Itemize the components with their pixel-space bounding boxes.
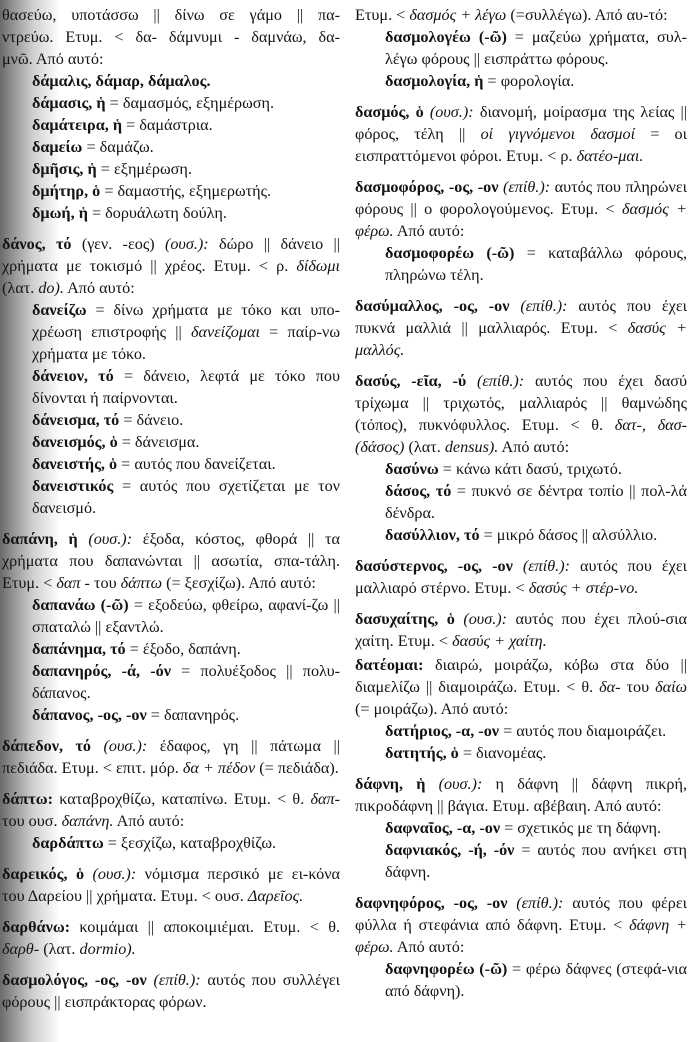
entry-dasysternos: δασύστερνος, -ος, -ον (επίθ.): αυτός που… [355, 555, 687, 599]
headword: δασμοφόρος, -ος, -ον [355, 178, 498, 196]
entry-danos: δάνος, τό (γεν. -εος) (ουσ.): δώρο || δά… [2, 233, 340, 519]
headword: δασυχαίτης, ὁ [355, 610, 455, 628]
subentry: δαφναῖος, -α, -ον = σχετικός με τη δάφνη… [355, 817, 687, 839]
headword: δάπτω: [2, 790, 53, 808]
headword: δασύστερνος, -ος, -ον [355, 557, 513, 575]
subentry: δατητής, ὁ = διανομέας. [355, 742, 687, 764]
subentry: δάσος, τό = πυκνό σε δέντρα τοπίο || πολ… [355, 480, 687, 524]
entry-dasymallos: δασύμαλλος, -ος, -ον (επίθ.): αυτός που … [355, 295, 687, 361]
entry-dapto: δάπτω: καταβροχθίζω, καταπίνω. Ετυμ. < θ… [2, 788, 340, 854]
entry-dasmoforos: δασμοφόρος, -ος, -ον (επίθ.): αυτός που … [355, 176, 687, 286]
headword: δαφνηφόρος, -ος, -ον [355, 894, 507, 912]
subentry: δμωή, ἡ = δορυάλωτη δούλη. [2, 202, 340, 224]
subentry: δανειστικός = αυτός που σχετίζεται με το… [2, 475, 340, 519]
subentry: δατήριος, -α, -ον = αυτός που διαμοιράζε… [355, 720, 687, 742]
subentry: δανειστής, ὁ = αυτός που δανείζεται. [2, 453, 340, 475]
entry-damazo-continuation: θασεύω, υποτάσσω || δίνω σε γάμο || πα- … [2, 4, 340, 224]
headword: δαπάνη, ἡ [2, 530, 78, 548]
subentry: δάπανος, -ος, -ον = δαπανηρός. [2, 704, 340, 726]
subentry: δάνειον, τό = δάνειο, λεφτά με τόκο που … [2, 365, 340, 409]
entry-darthano: δαρθάνω: κοιμάμαι || αποκοιμιέμαι. Ετυμ.… [2, 916, 340, 960]
entry-text: δασύς, -εῖα, -ύ (επίθ.): αυτός που έχει … [355, 370, 687, 458]
entry-text: δάνος, τό (γεν. -εος) (ουσ.): δώρο || δά… [2, 233, 340, 299]
entry-text: δαπάνη, ἡ (ουσ.): έξοδα, κόστος, φθορά |… [2, 528, 340, 594]
subentry: δανεισμός, ὁ = δάνεισμα. [2, 431, 340, 453]
headword: δασύμαλλος, -ος, -ον [355, 297, 510, 315]
entry-dasmos: δασμός, ὁ (ουσ.): διανομή, μοίρασμα της … [355, 101, 687, 167]
subentry: δάμαλις, δάμαρ, δάμαλος. [2, 70, 340, 92]
entry-dasychaitis: δασυχαίτης, ὁ (ουσ.): αυτός που έχει πλο… [355, 608, 687, 652]
subentry: δασμολογέω (-ῶ) = μαζεύω χρήματα, συλ-λέ… [355, 26, 687, 70]
dictionary-page: θασεύω, υποτάσσω || δίνω σε γάμο || πα- … [0, 0, 700, 1042]
entry-dateomai: δατέομαι: διαιρώ, μοιράζω, κόβω στα δύο … [355, 654, 687, 764]
subentry: δάνεισμα, τό = δάνειο. [2, 409, 340, 431]
entry-text: Ετυμ. < δασμός + λέγω (=συλλέγω). Από αυ… [355, 4, 687, 26]
subentry: δαφνιακός, -ή, -όν = αυτός που ανήκει στ… [355, 839, 687, 883]
headword: δάνος, τό [2, 235, 72, 253]
entry-text: δάπτω: καταβροχθίζω, καταπίνω. Ετυμ. < θ… [2, 788, 340, 832]
entry-text: μνῶ. Από αυτό: [2, 48, 340, 70]
entry-text: δαφνηφόρος, -ος, -ον (επίθ.): αυτός που … [355, 892, 687, 958]
subentry: δάμασις, ἡ = δαμασμός, εξημέρωση. [2, 92, 340, 114]
entry-text: δάφνη, ἡ (ουσ.): η δάφνη || δάφνη πικρή,… [355, 773, 687, 817]
subentry: δαπανηρός, -ά, -όν = πολυέξοδος || πολυ-… [2, 660, 340, 704]
headword: δατέομαι: [355, 656, 424, 674]
entry-dapedon: δάπεδον, τό (ουσ.): έδαφος, γη || πάτωμα… [2, 735, 340, 779]
entry-dafni: δάφνη, ἡ (ουσ.): η δάφνη || δάφνη πικρή,… [355, 773, 687, 883]
entry-dasmologos-continuation: Ετυμ. < δασμός + λέγω (=συλλέγω). Από αυ… [355, 4, 687, 92]
headword: δασύς, -εῖα, -ύ [355, 372, 466, 390]
entry-dareikos: δαρεικός, ὁ (ουσ.): νόμισμα περσικό με ε… [2, 863, 340, 907]
subentry: δασμολογία, ἡ = φορολογία. [355, 70, 687, 92]
subentry: δαμείω = δαμάζω. [2, 136, 340, 158]
subentry: δμῆσις, ἡ = εξημέρωση. [2, 158, 340, 180]
entry-dasmologos: δασμολόγος, -ος, -ον (επίθ.): αυτός που … [2, 969, 340, 1013]
entry-dasys: δασύς, -εῖα, -ύ (επίθ.): αυτός που έχει … [355, 370, 687, 546]
entry-text: ντρεύω. Ετυμ. < δα- δάμνυμι - δαμνάω, δα… [2, 26, 340, 48]
subentry: δανείζω = δίνω χρήματα με τόκο και υπο-χ… [2, 299, 340, 365]
headword: δασμολόγος, -ος, -ον [2, 971, 147, 989]
subentry: δασύλλιον, τό = μικρό δάσος || αλσύλλιο. [355, 524, 687, 546]
entry-dafniforos: δαφνηφόρος, -ος, -ον (επίθ.): αυτός που … [355, 892, 687, 1002]
subentry: δαφνηφορέω (-ῶ) = φέρω δάφνες (στεφά-νια… [355, 958, 687, 1002]
entry-text: δατέομαι: διαιρώ, μοιράζω, κόβω στα δύο … [355, 654, 687, 720]
headword: δαρθάνω: [2, 918, 70, 936]
subentry: δμήτηρ, ὁ = δαμαστής, εξημερωτής. [2, 180, 340, 202]
headword: δάφνη, ἡ [355, 775, 425, 793]
subentry: δασύνω = κάνω κάτι δασύ, τριχωτό. [355, 458, 687, 480]
entry-text: δασμοφόρος, -ος, -ον (επίθ.): αυτός που … [355, 176, 687, 242]
entry-dapani: δαπάνη, ἡ (ουσ.): έξοδα, κόστος, φθορά |… [2, 528, 340, 726]
subentry: δαρδάπτω = ξεσχίζω, καταβροχθίζω. [2, 832, 340, 854]
headword: δάπεδον, τό [2, 737, 91, 755]
left-column: θασεύω, υποτάσσω || δίνω σε γάμο || πα- … [2, 4, 340, 1022]
subentry: δαπάνημα, τό = έξοδο, δαπάνη. [2, 638, 340, 660]
subentry: δασμοφορέω (-ῶ) = καταβάλλω φόρους, πληρ… [355, 242, 687, 286]
entry-text: θασεύω, υποτάσσω || δίνω σε γάμο || πα- [2, 4, 340, 26]
subentry: δαμάτειρα, ἡ = δαμάστρια. [2, 114, 340, 136]
headword: δαρεικός, ὁ [2, 865, 84, 883]
subentry: δαπανάω (-ῶ) = εξοδεύω, φθείρω, αφανί-ζω… [2, 594, 340, 638]
right-column: Ετυμ. < δασμός + λέγω (=συλλέγω). Από αυ… [355, 4, 687, 1011]
headword: δασμός, ὁ [355, 103, 424, 121]
